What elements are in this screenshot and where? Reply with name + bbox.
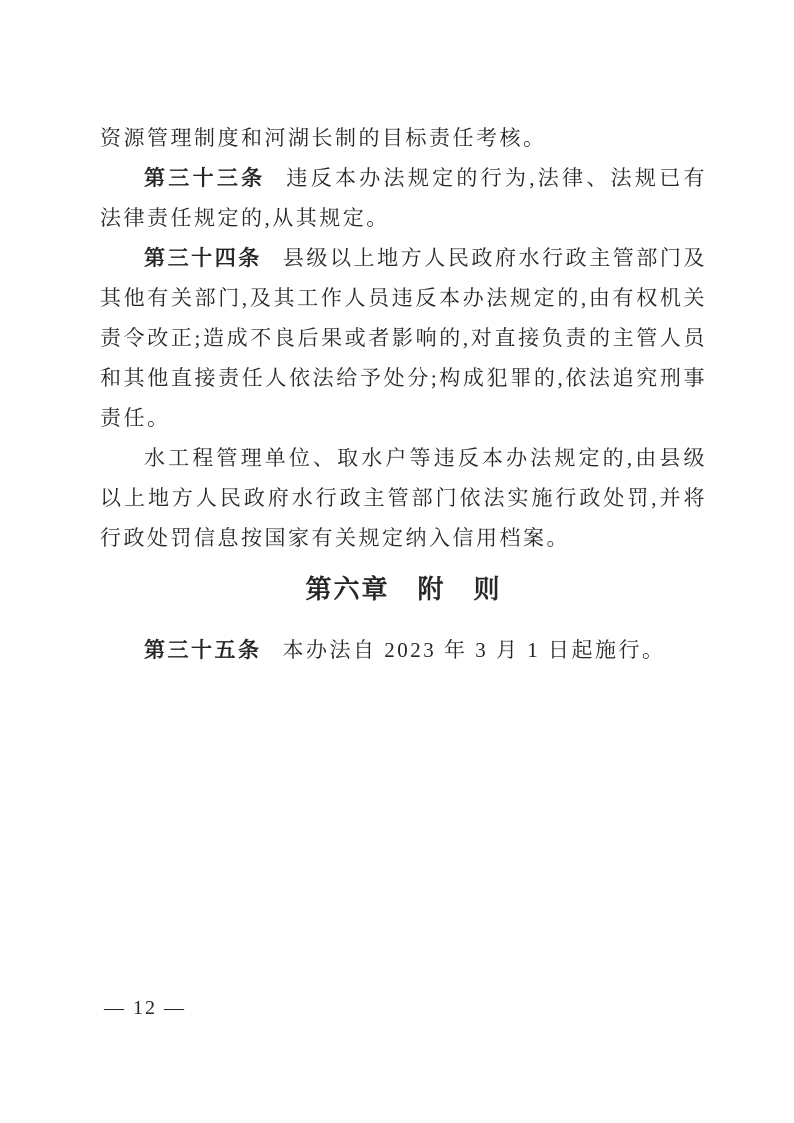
article-34-text: 县级以上地方人民政府水行政主管部门及其他有关部门,及其工作人员违反本办法规定的,… [100,246,707,430]
document-page: 资源管理制度和河湖长制的目标责任考核。 第三十三条违反本办法规定的行为,法律、法… [0,0,794,1123]
paragraph-article-35: 第三十五条本办法自 2023 年 3 月 1 日起施行。 [100,630,707,670]
chapter-six-heading: 第六章 附 则 [100,570,707,610]
page-number: — 12 — [104,995,186,1021]
paragraph-article-33: 第三十三条违反本办法规定的行为,法律、法规已有法律责任规定的,从其规定。 [100,158,707,238]
paragraph-continuation: 资源管理制度和河湖长制的目标责任考核。 [100,118,707,158]
paragraph-water-projects: 水工程管理单位、取水户等违反本办法规定的,由县级以上地方人民政府水行政主管部门依… [100,438,707,558]
article-34-term: 第三十四条 [144,246,262,270]
document-body: 资源管理制度和河湖长制的目标责任考核。 第三十三条违反本办法规定的行为,法律、法… [100,118,707,670]
paragraph-article-34: 第三十四条县级以上地方人民政府水行政主管部门及其他有关部门,及其工作人员违反本办… [100,238,707,438]
article-33-term: 第三十三条 [144,166,265,190]
article-35-term: 第三十五条 [144,638,262,662]
article-35-text: 本办法自 2023 年 3 月 1 日起施行。 [283,638,666,662]
